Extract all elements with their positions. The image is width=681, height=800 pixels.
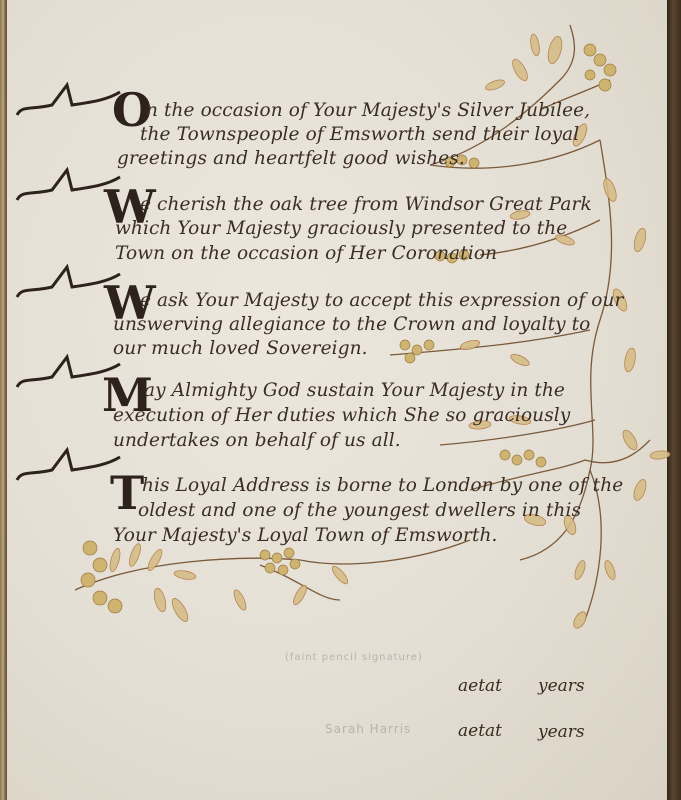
text-line: Town on the occasion of Her Coronation <box>115 243 497 264</box>
text-line: unswerving allegiance to the Crown and l… <box>113 314 590 335</box>
text-line: e cherish the oak tree from Windsor Grea… <box>140 194 592 215</box>
text-line: execution of Her duties which She so gra… <box>113 405 570 426</box>
text-line: n the occasion of Your Majesty's Silver … <box>146 100 590 121</box>
years-label: years <box>538 676 585 696</box>
text-line: e ask Your Majesty to accept this expres… <box>140 290 623 311</box>
text-line: his Loyal Address is borne to London by … <box>142 475 623 496</box>
text-line: greetings and heartfelt good wishes. <box>117 148 465 169</box>
signature: Sarah Harris <box>325 722 411 736</box>
text-line: Your Majesty's Loyal Town of Emsworth. <box>113 525 498 546</box>
signature: (faint pencil signature) <box>285 652 423 663</box>
text-line: undertakes on behalf of us all. <box>113 430 401 451</box>
text-line: which Your Majesty graciously presented … <box>115 218 567 239</box>
text-line: our much loved Sovereign. <box>113 338 368 359</box>
aetat-label: aetat <box>458 721 502 741</box>
text-line: ay Almighty God sustain Your Majesty in … <box>144 380 565 401</box>
text-line: oldest and one of the youngest dwellers … <box>138 500 581 521</box>
aetat-label: aetat <box>458 676 502 696</box>
swash-flourish-icon <box>12 445 122 485</box>
swash-flourish-icon <box>12 80 122 120</box>
years-label: years <box>538 722 585 742</box>
text-line: the Townspeople of Emsworth send their l… <box>140 124 579 145</box>
